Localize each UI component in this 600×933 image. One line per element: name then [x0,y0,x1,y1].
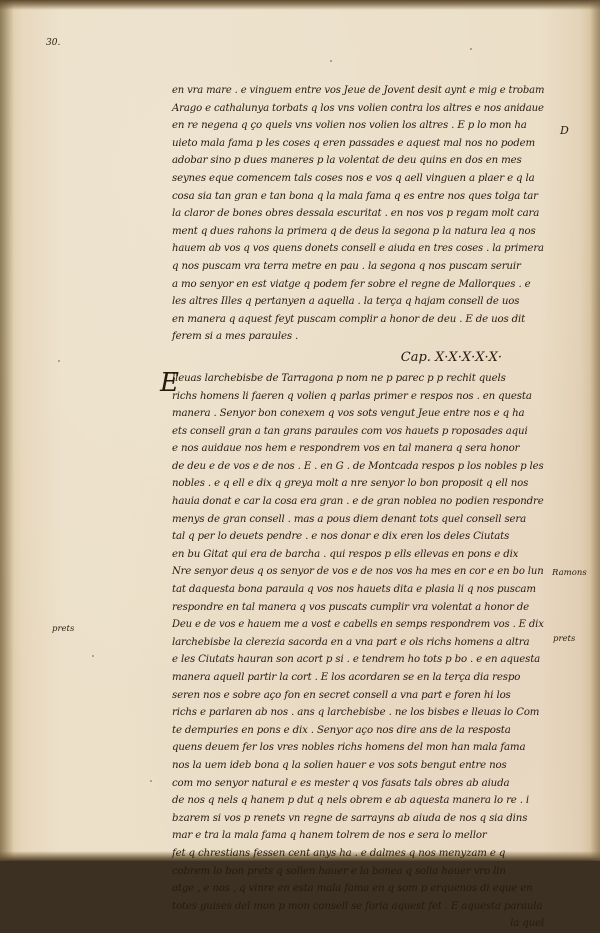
page-top-edge [0,0,600,10]
manuscript-line: ets consell gran a tan grans paraules co… [172,423,544,441]
gutter-shadow [0,0,14,861]
manuscript-line: a mo senyor en est viatge q podem fer so… [172,276,544,294]
manuscript-line: seren nos e sobre aço fon en secret cons… [172,687,544,705]
manuscript-line: richs e parlaren ab nos . ans q larchebi… [172,704,544,722]
paragraph-2-lines: lleuas larchebisbe de Tarragona p nom ne… [172,370,544,861]
manuscript-line: com mo senyor natural e es mester q vos … [172,775,544,793]
paper-speck [58,360,60,362]
manuscript-line: nos la uem ideb bona q la solien hauer e… [172,757,544,775]
manuscript-line: ment q dues rahons la primera q de deus … [172,223,544,241]
manuscript-line: cosa sia tan gran e tan bona q la mala f… [172,188,544,206]
manuscript-line: de nos q nels q hanem p dut q nels obrem… [172,792,544,810]
margin-note-right-top: D [560,124,569,137]
paper-speck [150,780,152,782]
margin-note-right-middle: Ramons [552,568,587,578]
chapter-heading-text: Cap. X·X·X·X·X· [401,350,502,365]
manuscript-line: en bu Gitat qui era de barcha . qui resp… [172,546,544,564]
manuscript-line: en re negena q ço quels vns volien nos v… [172,117,544,135]
manuscript-line: fet q chrestians fessen cent anys ha . e… [172,845,544,861]
manuscript-line: uieto mala fama p les coses q eren passa… [172,135,544,153]
manuscript-line: ferem si a mes paraules . [172,328,544,346]
manuscript-line: q nos puscam vra terra metre en pau . la… [172,258,544,276]
margin-note-right-lower: prets [553,634,575,644]
manuscript-line: Deu e de vos e hauem me a vost e cabells… [172,616,538,634]
folio-number: 30. [46,38,60,48]
margin-note-left-lower: prets [52,624,74,634]
manuscript-line: te dempuries en pons e dix . Senyor aço … [172,722,544,740]
manuscript-page: 30. D Ramons prets prets en vra mare . e… [0,0,600,861]
manuscript-line: adobar sino p dues maneres p la volentat… [172,152,544,170]
manuscript-line: la claror de bones obres dessala escurit… [172,205,544,223]
manuscript-line: e les Ciutats hauran son acort p si . e … [172,651,544,669]
manuscript-line: mar e tra la mala fama q hanem tolrem de… [172,827,544,845]
manuscript-line: de deu e de vos e de nos . E . en G . de… [172,458,543,476]
manuscript-line: Nre senyor deus q os senyor de vos e de … [172,563,540,581]
manuscript-line: bzarem si vos p renets vn regne de sarra… [172,810,544,828]
paragraph-2: E lleuas larchebisbe de Tarragona p nom … [172,370,544,861]
manuscript-line: e nos auidaue nos hem e respondrem vos e… [172,440,544,458]
manuscript-line: en manera q aquest feyt puscam complir a… [172,311,544,329]
manuscript-line: manera . Senyor bon conexem q vos sots v… [172,405,544,423]
manuscript-line: menys de gran consell . mas a pous diem … [172,511,544,529]
manuscript-line: nobles . e q ell e dix q greya molt a nr… [172,475,544,493]
manuscript-text-block: en vra mare . e vinguem entre vos Jeue d… [172,82,544,861]
manuscript-line: seynes eque comencem tals coses nos e vo… [172,170,544,188]
paper-speck [330,60,332,62]
manuscript-line: larchebisbe la clerezia sacorda en a vna… [172,634,544,652]
manuscript-line: tat daquesta bona paraula q vos nos haue… [172,581,544,599]
manuscript-line: hauem ab vos q vos quens donets consell … [172,240,539,258]
manuscript-line: quens deuem fer los vres nobles richs ho… [172,739,544,757]
manuscript-line: manera aquell partir la cort . E los aco… [172,669,544,687]
manuscript-line: lleuas larchebisbe de Tarragona p nom ne… [172,370,544,388]
paper-speck [92,655,94,657]
manuscript-line: tal q per lo deuets pendre . e nos donar… [172,528,544,546]
manuscript-line: en vra mare . e vinguem entre vos Jeue d… [172,82,537,100]
page-right-edge [590,0,600,861]
manuscript-line: richs homens li faeren q volien q parlas… [172,388,544,406]
manuscript-line: respondre en tal manera q vos puscats cu… [172,599,544,617]
manuscript-line: les altres Illes q pertanyen a aquella .… [172,293,544,311]
manuscript-line: hauia donat e car la cosa era gran . e d… [172,493,543,511]
paper-speck [470,48,472,50]
manuscript-line: Arago e cathalunya torbats q los vns vol… [172,100,542,118]
paragraph-1: en vra mare . e vinguem entre vos Jeue d… [172,82,544,346]
chapter-heading: Cap. X·X·X·X·X· [172,346,544,370]
